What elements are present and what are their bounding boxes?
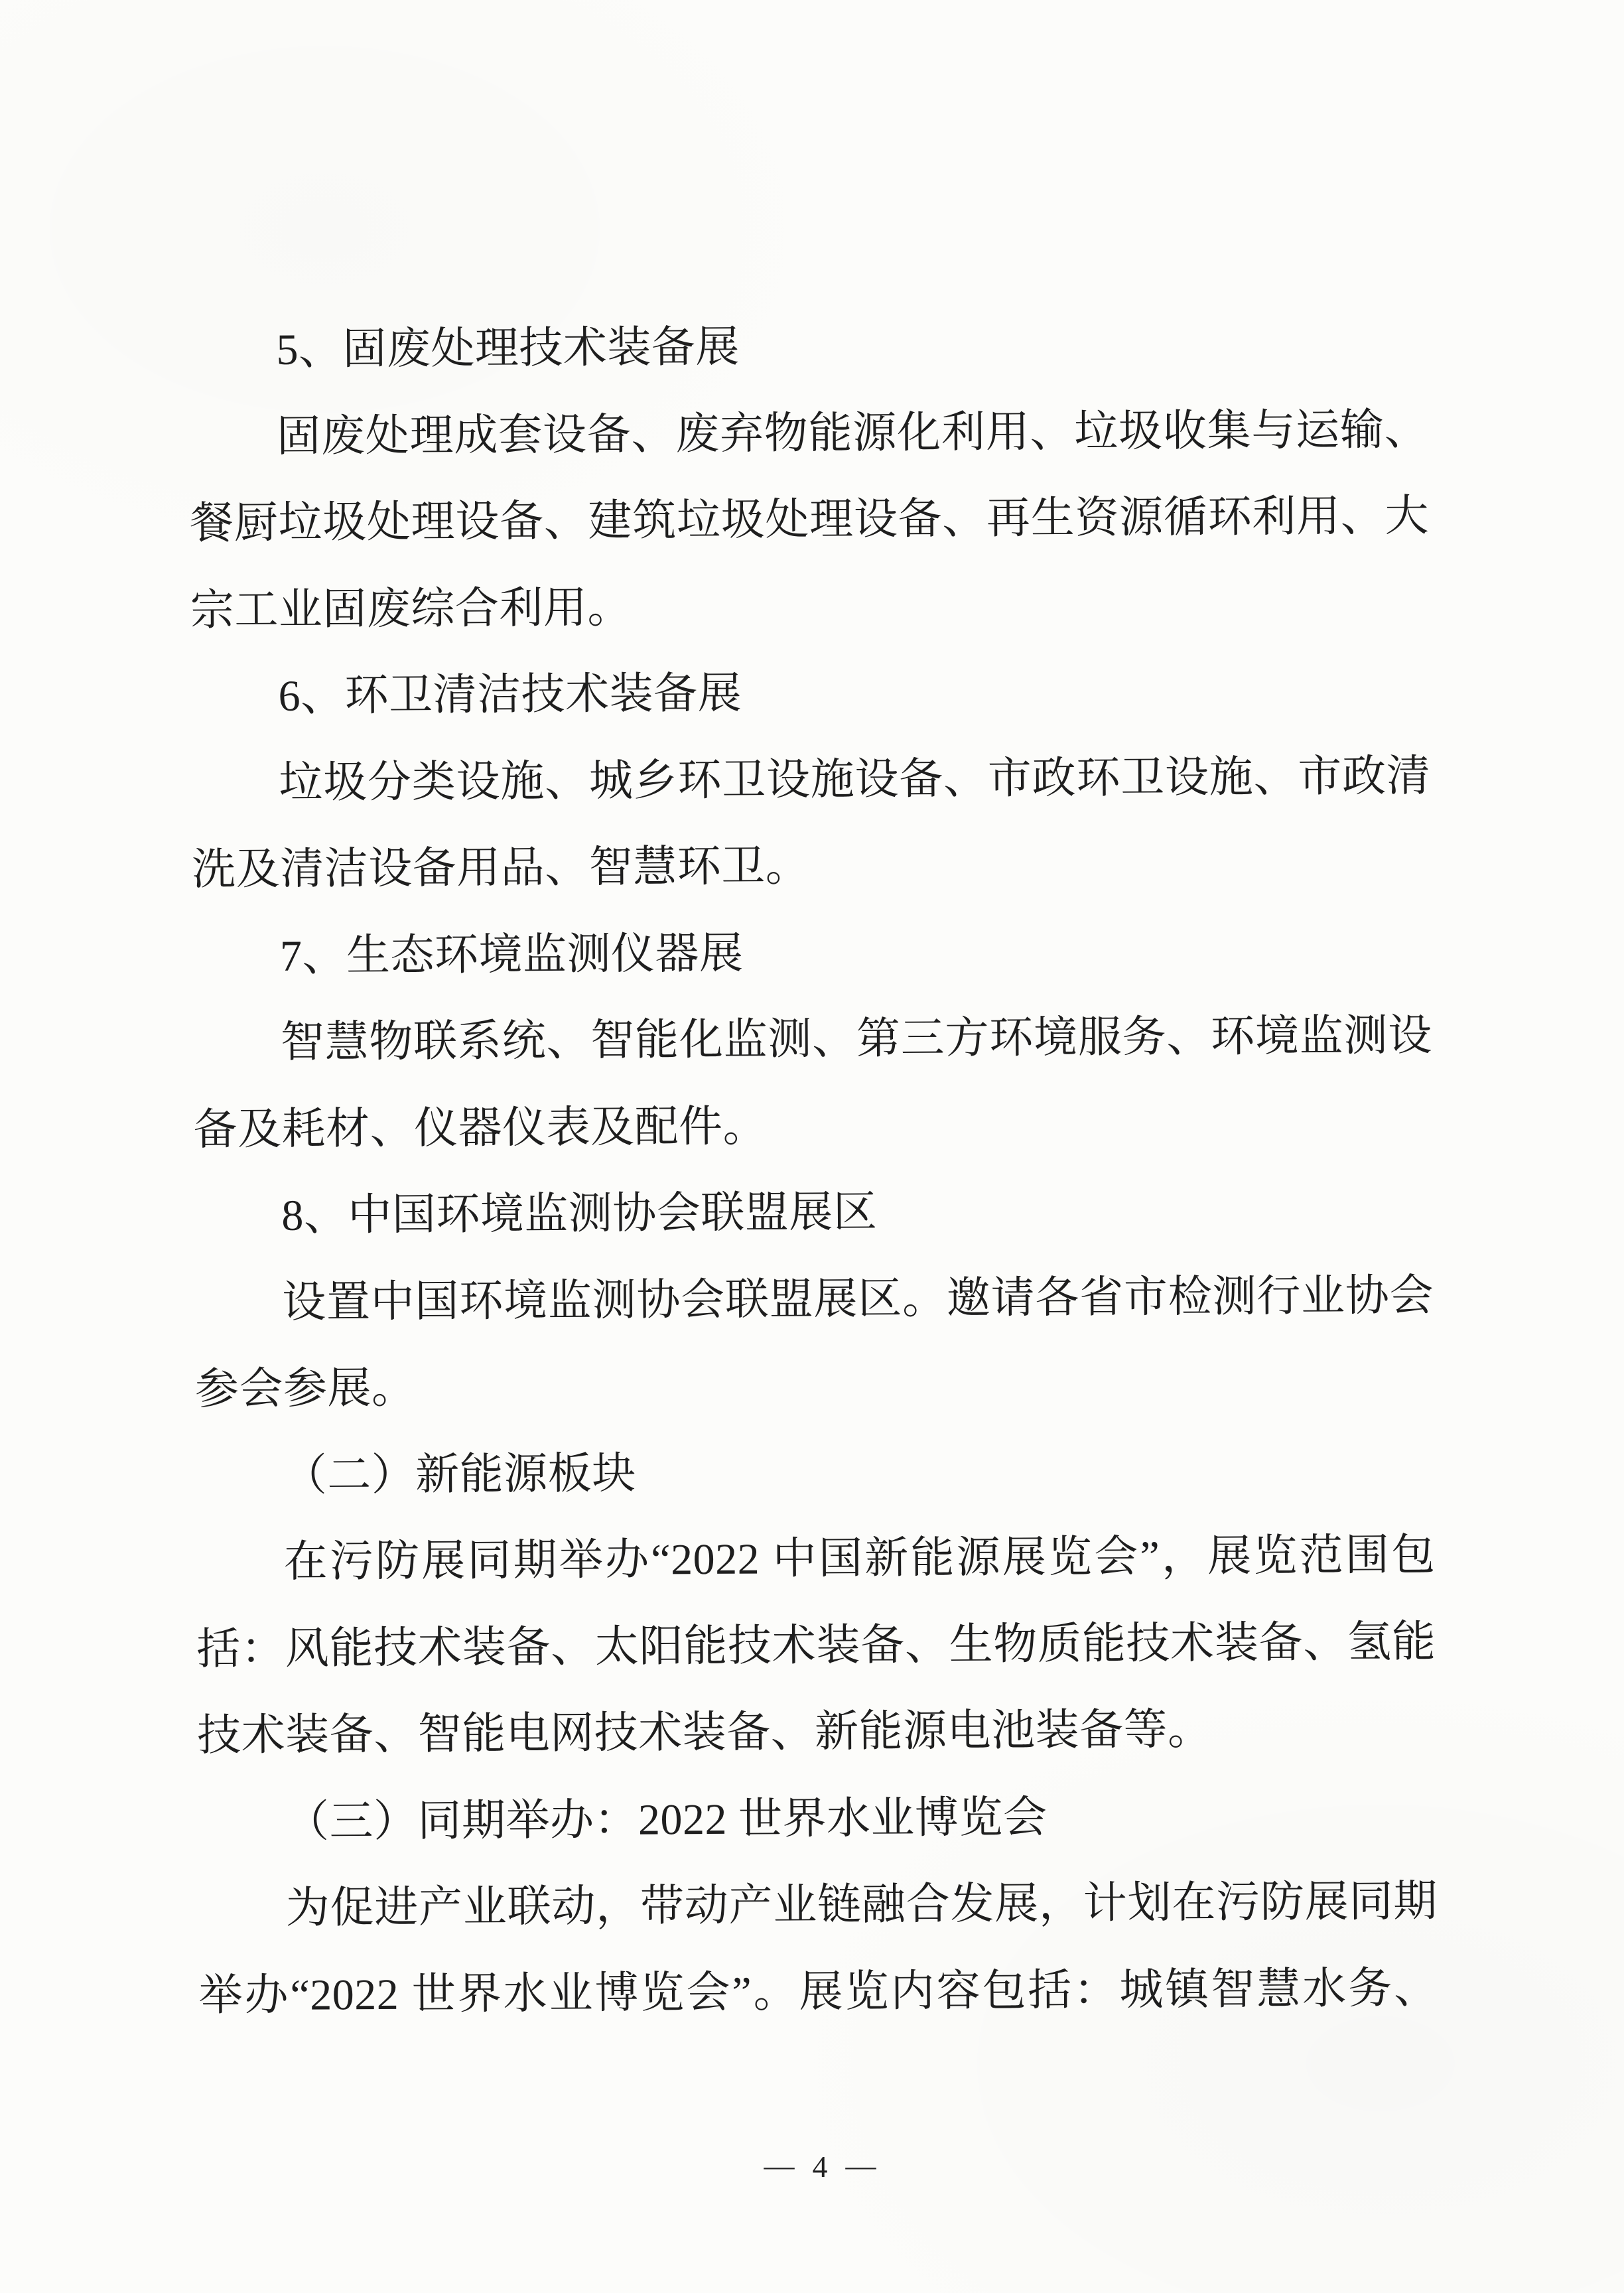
footer-dash-left: — bbox=[764, 2147, 795, 2184]
text-line-7: 洗及清洁设备用品、智慧环卫。 bbox=[192, 819, 1432, 914]
text-line-11: 8、中国环境监测协会联盟展区 bbox=[194, 1166, 1434, 1260]
text-line-13: 参会参展。 bbox=[195, 1339, 1435, 1433]
text-line-4: 宗工业固废综合利用。 bbox=[190, 560, 1430, 654]
text-line-1: 5、固废处理技术装备展 bbox=[188, 300, 1428, 394]
page-footer: — 4 — bbox=[8, 2148, 1624, 2186]
document-body: 5、固废处理技术装备展固废处理成套设备、废弃物能源化利用、垃圾收集与运输、餐厨垃… bbox=[188, 300, 1438, 2039]
text-line-15: 在污防展同期举办“2022 中国新能源展览会”，展览范围包 bbox=[196, 1512, 1436, 1606]
text-line-6: 垃圾分类设施、城乡环卫设施设备、市政环卫设施、市政清 bbox=[191, 733, 1431, 827]
text-line-5: 6、环卫清洁技术装备展 bbox=[190, 646, 1430, 740]
text-line-14: （二）新能源板块 bbox=[195, 1426, 1435, 1520]
text-line-9: 智慧物联系统、智能化监测、第三方环境服务、环境监测设 bbox=[192, 993, 1432, 1087]
text-line-17: 技术装备、智能电网技术装备、新能源电池装备等。 bbox=[197, 1685, 1437, 1779]
text-line-2: 固废处理成套设备、废弃物能源化利用、垃圾收集与运输、 bbox=[189, 387, 1429, 481]
text-line-8: 7、生态环境监测仪器展 bbox=[192, 906, 1432, 1001]
text-line-20: 举办“2022 世界水业博览会”。展览内容包括：城镇智慧水务、 bbox=[198, 1945, 1438, 2040]
text-line-19: 为促进产业联动，带动产业链融合发展，计划在污防展同期 bbox=[198, 1858, 1438, 1953]
text-line-16: 括：风能技术装备、太阳能技术装备、生物质能技术装备、氢能 bbox=[196, 1599, 1436, 1693]
text-line-12: 设置中国环境监测协会联盟展区。邀请各省市检测行业协会 bbox=[194, 1253, 1434, 1347]
scanned-document-page: 5、固废处理技术装备展固废处理成套设备、废弃物能源化利用、垃圾收集与运输、餐厨垃… bbox=[0, 0, 1624, 2293]
text-line-3: 餐厨垃圾处理设备、建筑垃圾处理设备、再生资源循环利用、大 bbox=[190, 473, 1430, 567]
text-line-18: （三）同期举办：2022 世界水业博览会 bbox=[198, 1772, 1438, 1866]
text-line-10: 备及耗材、仪器仪表及配件。 bbox=[193, 1079, 1433, 1174]
page-number: 4 bbox=[813, 2148, 828, 2186]
footer-dash-right: — bbox=[846, 2147, 876, 2184]
